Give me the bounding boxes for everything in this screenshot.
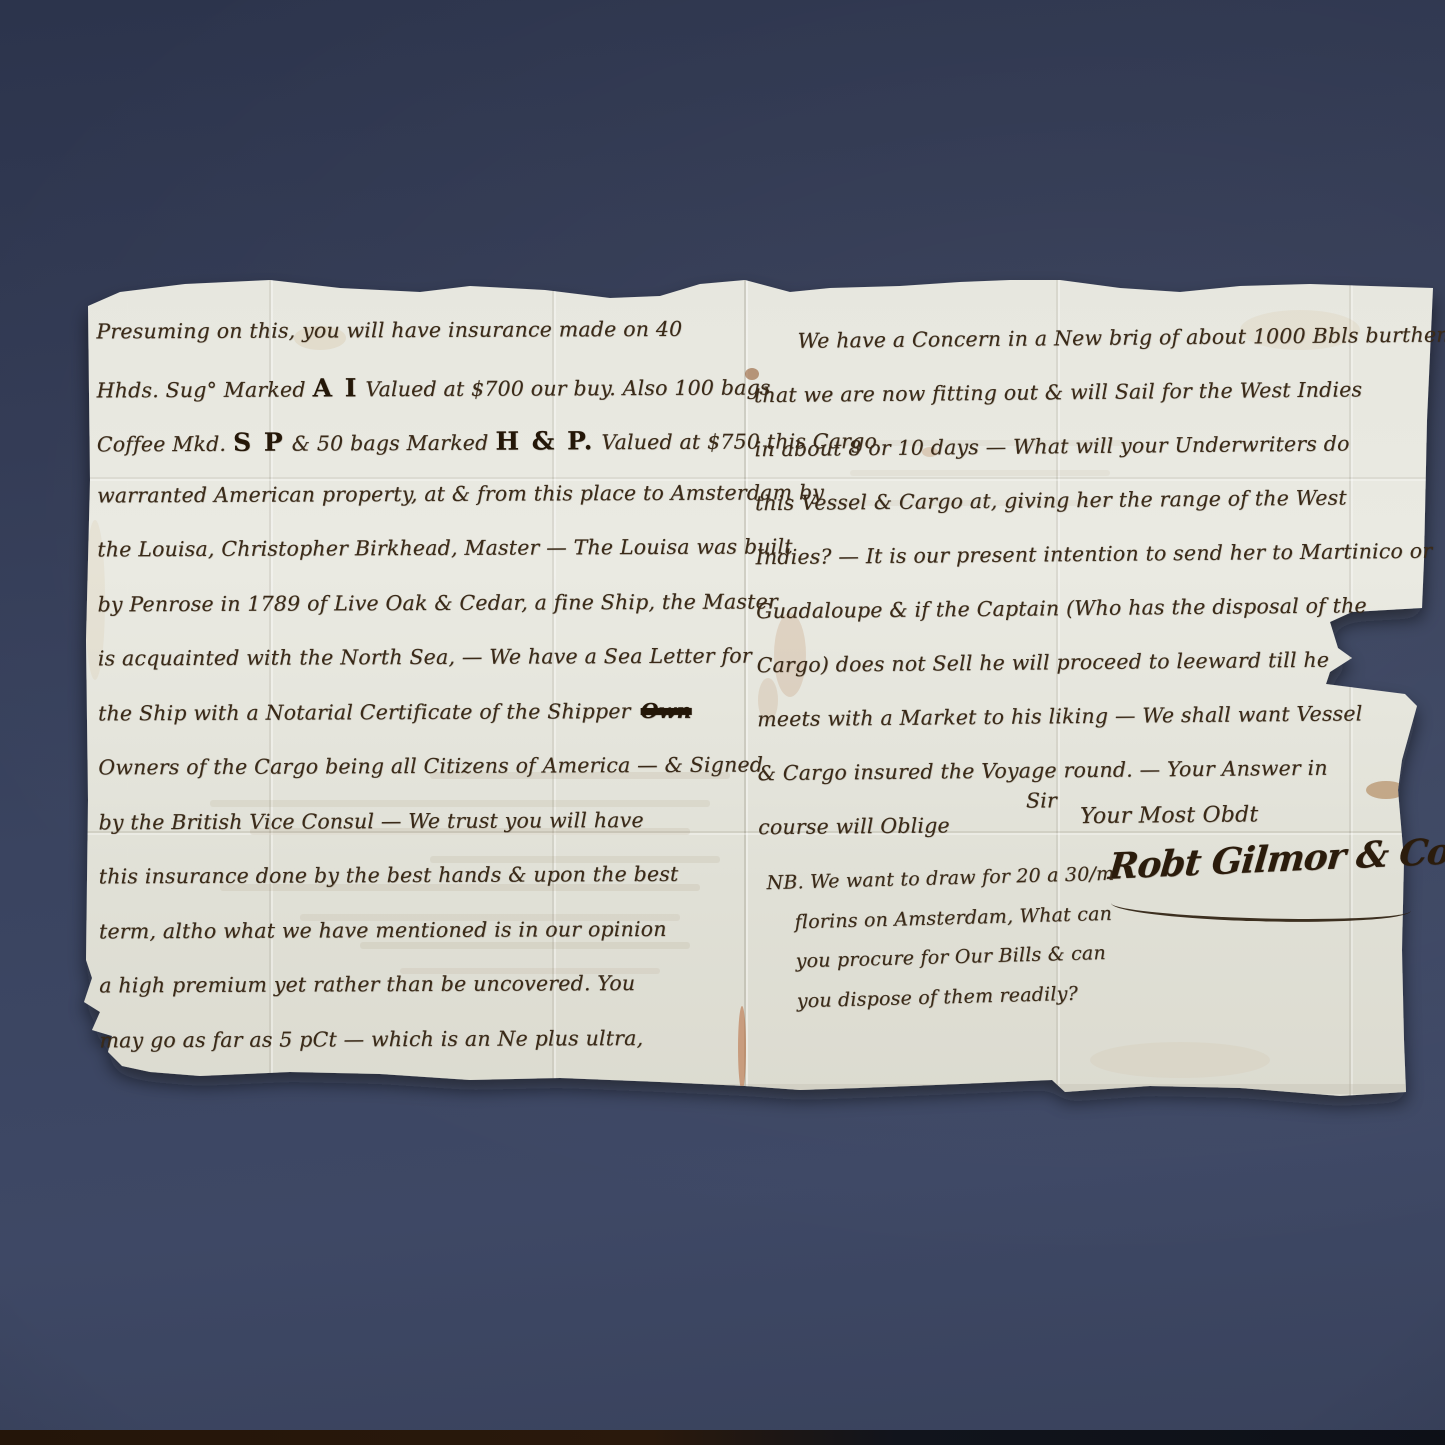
manuscript-line: meets with a Market to his liking — We s… bbox=[757, 701, 1423, 761]
manuscript-line: a high premium yet rather than be uncove… bbox=[99, 971, 747, 1028]
cargo-mark-sp: S P bbox=[233, 428, 285, 457]
manuscript-line: by Penrose in 1789 of Live Oak & Cedar, … bbox=[98, 589, 746, 646]
manuscript-line: this Vessel & Cargo at, giving her the r… bbox=[755, 485, 1421, 545]
manuscript-line: in about 8 or 10 days — What will your U… bbox=[754, 431, 1420, 491]
manuscript-line: term, altho what we have mentioned is in… bbox=[99, 916, 747, 973]
manuscript-line: Coffee Mkd.S P& 50 bags MarkedH & P.Valu… bbox=[97, 426, 745, 483]
manuscript-line: may go as far as 5 pCt — which is an Ne … bbox=[99, 1025, 747, 1082]
postscript-note: NB. We want to draw for 20 a 30/m florin… bbox=[766, 863, 1118, 1030]
manuscript-line: the Ship with a Notarial Certificate of … bbox=[98, 698, 746, 755]
manuscript-line: the Louisa, Christopher Birkhead, Master… bbox=[97, 535, 745, 592]
cargo-mark-ai: A I bbox=[313, 373, 359, 402]
manuscript-line: Presuming on this, you will have insuran… bbox=[96, 317, 744, 374]
photo-scene: Presuming on this, you will have insuran… bbox=[0, 0, 1445, 1445]
manuscript-line: Indies? — It is our present intention to… bbox=[755, 539, 1421, 599]
left-page-text: Presuming on this, you will have insuran… bbox=[96, 317, 747, 1083]
manuscript-line: Cargo) does not Sell he will proceed to … bbox=[757, 647, 1423, 707]
manuscript-line: Hhds. Sug° MarkedA IValued at $700 our b… bbox=[97, 371, 745, 428]
manuscript-line: by the British Vice Consul — We trust yo… bbox=[98, 807, 746, 864]
line-text: Valued at $700 our buy. Also 100 bags bbox=[365, 375, 770, 401]
table-edge bbox=[0, 1430, 1445, 1445]
line-text: the Ship with a Notarial Certificate of … bbox=[98, 699, 631, 725]
manuscript-line: is acquainted with the North Sea, — We h… bbox=[98, 644, 746, 701]
manuscript-line: Owners of the Cargo being all Citizens o… bbox=[98, 753, 746, 810]
closing-salutation: Sir bbox=[1026, 788, 1057, 812]
line-text: Coffee Mkd. bbox=[97, 432, 226, 457]
cargo-mark-hp: H & P. bbox=[495, 426, 594, 455]
manuscript-line: We have a Concern in a New brig of about… bbox=[753, 323, 1419, 383]
manuscript-line: warranted American property, at & from t… bbox=[97, 480, 745, 537]
line-text: & 50 bags Marked bbox=[292, 431, 489, 456]
right-page-text: We have a Concern in a New brig of about… bbox=[753, 323, 1424, 869]
manuscript-line: Guadaloupe & if the Captain (Who has the… bbox=[756, 593, 1422, 653]
manuscript-line: that we are now fitting out & will Sail … bbox=[754, 377, 1420, 437]
line-text: Hhds. Sug° Marked bbox=[97, 377, 306, 402]
closing-valediction: Your Most Obdt bbox=[1080, 802, 1259, 829]
struck-out-word: Own bbox=[641, 698, 692, 722]
manuscript-line: this insurance done by the best hands & … bbox=[99, 862, 747, 919]
